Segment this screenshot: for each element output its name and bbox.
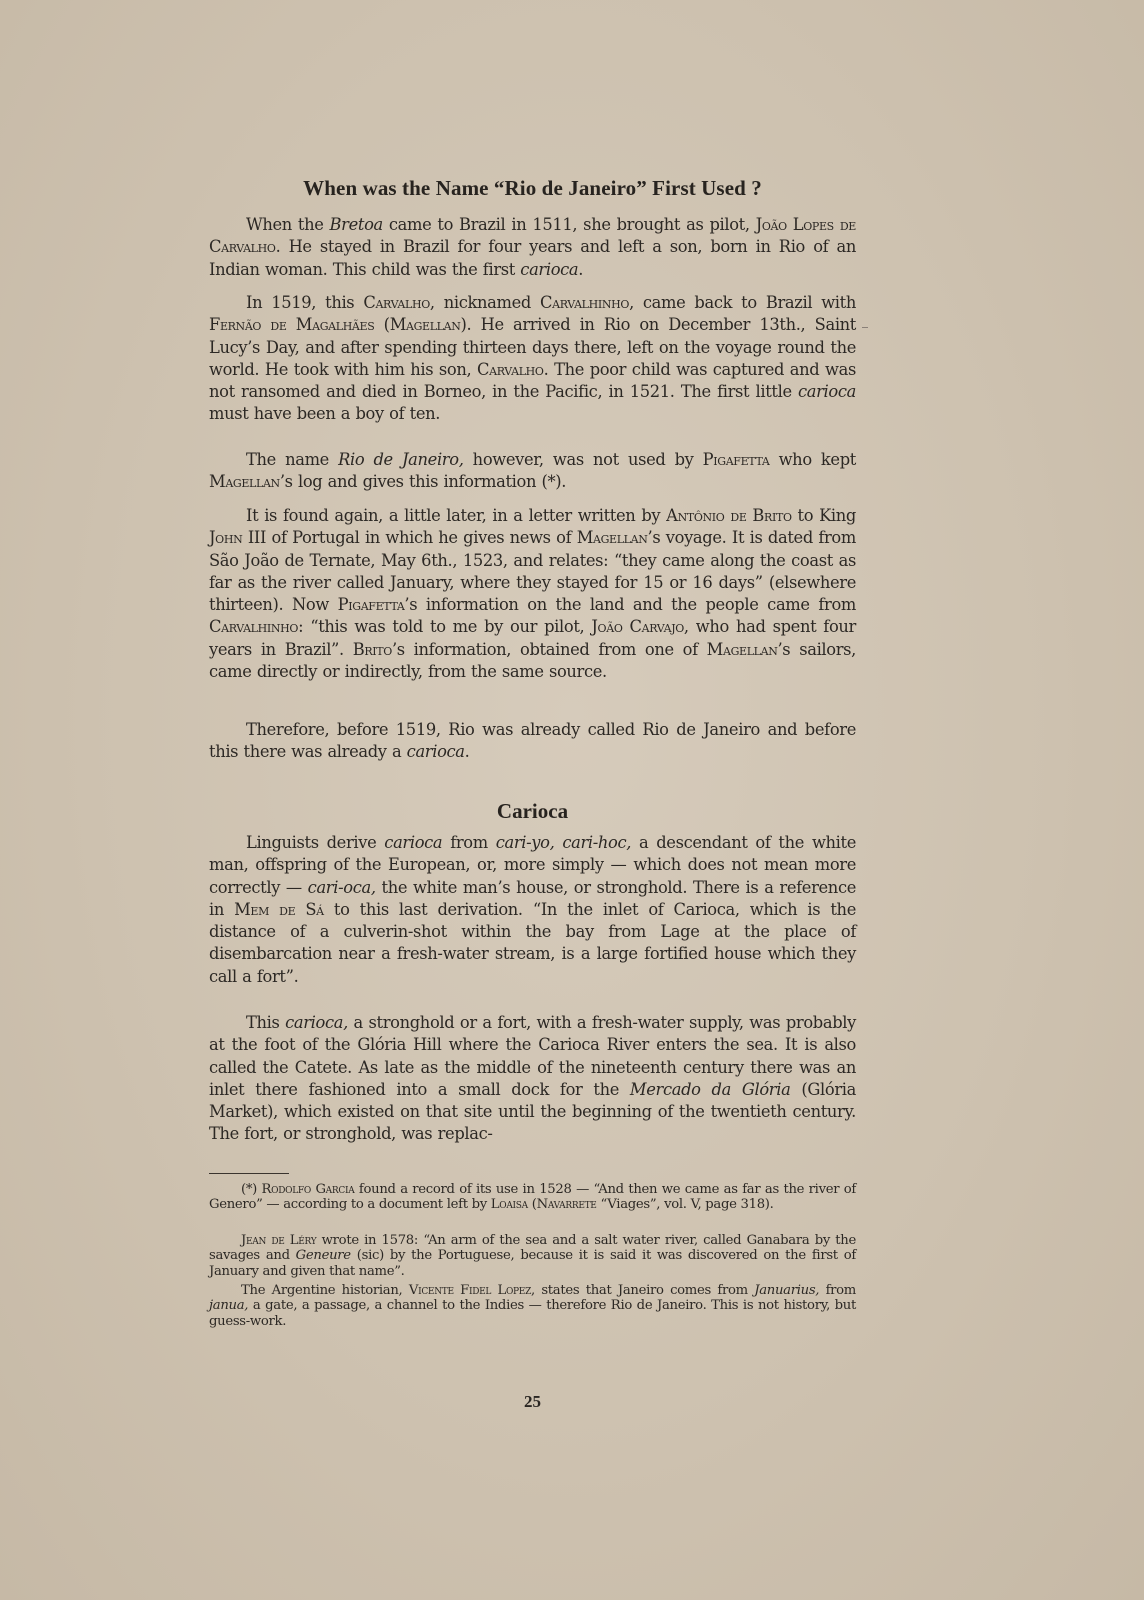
scan-speck — [862, 327, 868, 328]
footnote: Jean de Léry wrote in 1578: “An arm of t… — [209, 1233, 856, 1279]
section-heading: When was the Name “Rio de Janeiro” First… — [209, 176, 856, 201]
paragraph: Therefore, before 1519, Rio was already … — [209, 719, 856, 764]
subsection-heading: Carioca — [209, 799, 856, 824]
page-number: 25 — [209, 1392, 856, 1412]
paragraph: This carioca, a stronghold or a fort, wi… — [209, 1012, 856, 1146]
footnote: The Argentine historian, Vicente Fidel L… — [209, 1283, 856, 1329]
paragraph: It is found again, a little later, in a … — [209, 505, 856, 683]
footnote: (*) Rodolfo Garcia found a record of its… — [209, 1182, 856, 1213]
paragraph: The name Rio de Janeiro, however, was no… — [209, 449, 856, 494]
paragraph: When the Bretoa came to Brazil in 1511, … — [209, 214, 856, 281]
paragraph: In 1519, this Carvalho, nicknamed Carval… — [209, 292, 856, 426]
footnote-rule — [209, 1173, 289, 1174]
paragraph: Linguists derive carioca from cari-yo, c… — [209, 832, 856, 988]
